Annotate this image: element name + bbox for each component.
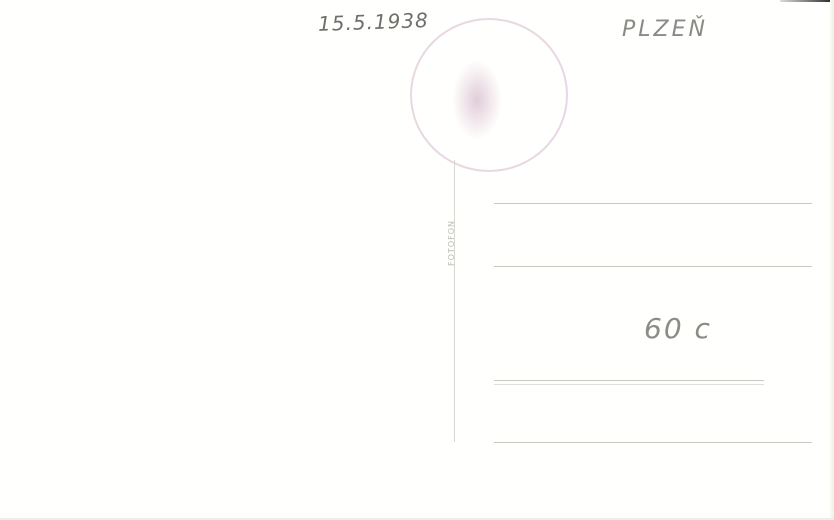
scan-edge-right [830,0,834,520]
postmark-stamp-center [452,60,502,140]
address-line-1 [494,203,812,204]
postcard-back: 15.5.1938 PLZEŇ FOTOFON 60 c [0,0,834,520]
handwritten-price: 60 c [644,312,712,345]
printed-brand: FOTOFON [447,220,456,266]
handwritten-place: PLZEŇ [622,17,708,42]
center-divider-line [454,160,455,442]
address-line-3 [494,380,764,381]
scan-edge-top [780,0,834,2]
address-line-2 [494,266,812,267]
address-line-3b [494,384,764,385]
address-line-4 [494,442,812,443]
handwritten-date: 15.5.1938 [318,8,430,36]
postmark-stamp [410,18,568,172]
